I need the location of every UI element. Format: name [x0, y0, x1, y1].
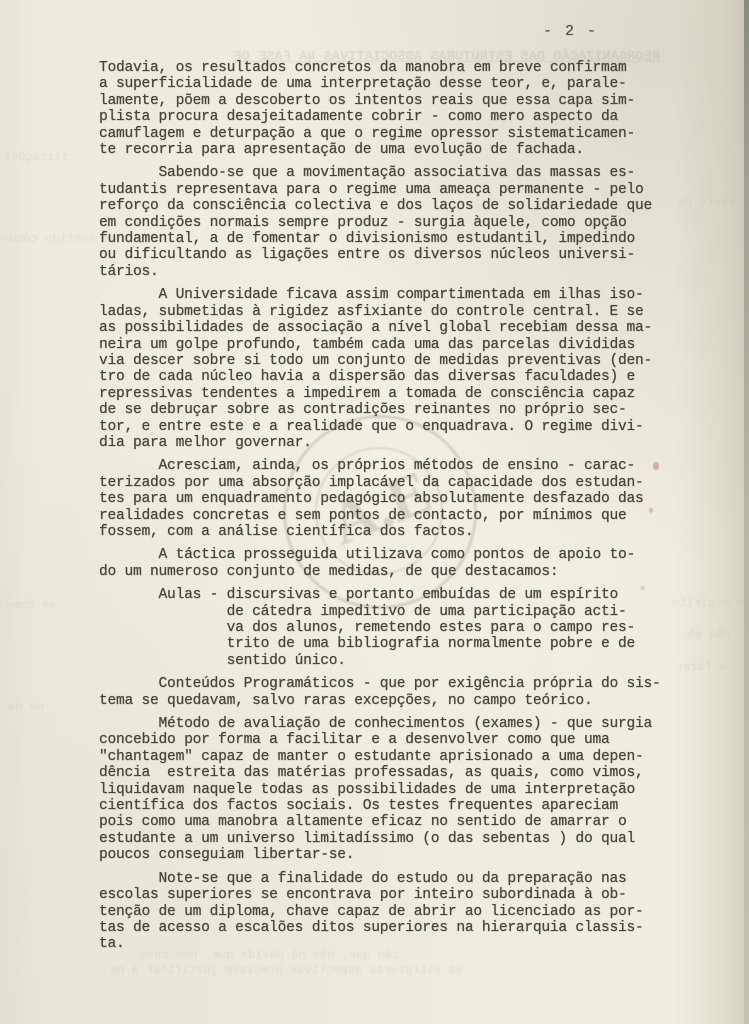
bleedthrough-fragment: não ob-	[680, 628, 730, 642]
bleedthrough-fragment: ilizações	[4, 150, 69, 164]
page-number: - 2 -	[543, 23, 598, 40]
paragraph-todavia: Todavia, os resultados concretos da mano…	[99, 60, 679, 158]
paragraph-metodo: Método de avaliação de conhecimentos (ex…	[99, 716, 679, 864]
paragraph-sabendo-se: Sabendo-se que a movimentação associativ…	[99, 165, 679, 280]
paragraph-acresciam: Acresciam, ainda, os próprios métodos de…	[99, 458, 679, 540]
paragraph-universidade: A Universidade ficava assim compartiment…	[99, 287, 679, 451]
list-item-aulas: Aulas - discursivas e portanto embuídas …	[99, 587, 679, 669]
scanned-document-page: REORGANIZAÇÃO DAS ESTRUTURAS ASSOCIATIVA…	[0, 0, 749, 1024]
paragraph-tactica: A táctica prosseguida utilizava como pon…	[99, 547, 679, 580]
paragraph-conteudos: Conteúdos Programáticos - que por exigên…	[99, 676, 679, 709]
bleedthrough-fragment: a fazer	[676, 660, 726, 674]
paragraph-note-se: Note-se que a finalidade do estudo ou da…	[99, 871, 679, 953]
bleedthrough-fragment: resto de	[678, 196, 736, 210]
paper-edge-shadow	[744, 0, 749, 1024]
bleedthrough-fragment: o espírito	[672, 596, 744, 610]
bleedthrough-fragment: -se como	[6, 598, 64, 612]
bleedthrough-fragment: as estruturas aspectivas precisam justif…	[110, 963, 463, 977]
bleedthrough-fragment: no na	[8, 700, 44, 714]
typewritten-text-block: Todavia, os resultados concretos da mano…	[99, 60, 679, 960]
